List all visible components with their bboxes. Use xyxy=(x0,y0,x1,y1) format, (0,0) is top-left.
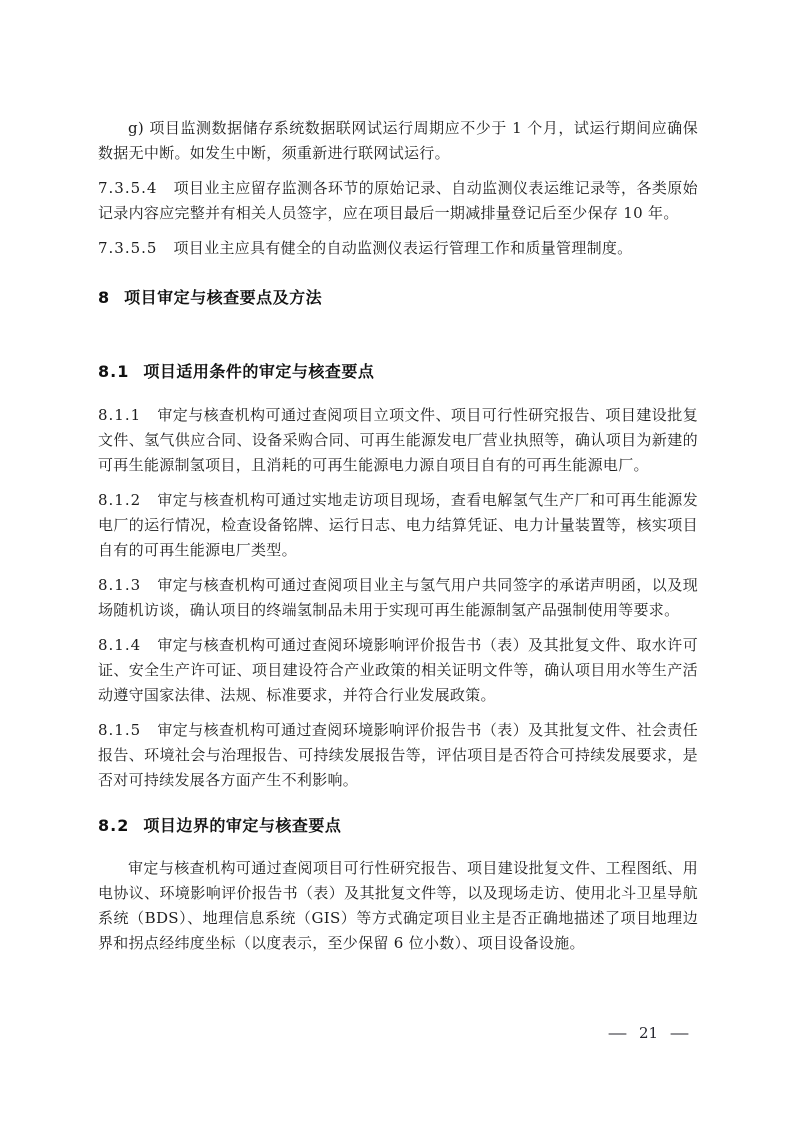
heading-number: 8.1 xyxy=(98,362,129,381)
document-page: g) 项目监测数据储存系统数据联网试运行周期应不少于 1 个月，试运行期间应确保… xyxy=(0,0,794,1123)
clause-number: 8.1.5 xyxy=(98,721,141,739)
section-heading-8-2: 8.2项目边界的审定与核查要点 xyxy=(98,815,698,837)
clause-8-1-2: 8.1.2审定与核查机构可通过实地走访项目现场，查看电解氢气生产厂和可再生能源发… xyxy=(98,488,698,563)
clause-8-1-3: 8.1.3审定与核查机构可通过查阅项目业主与氢气用户共同签字的承诺声明函，以及现… xyxy=(98,573,698,623)
chapter-heading-8: 8项目审定与核查要点及方法 xyxy=(98,287,698,309)
clause-number: 8.1.3 xyxy=(98,576,141,594)
clause-8-1-1: 8.1.1审定与核查机构可通过查阅项目立项文件、项目可行性研究报告、项目建设批复… xyxy=(98,403,698,478)
clause-number: 8.1.4 xyxy=(98,636,141,654)
heading-text: 项目适用条件的审定与核查要点 xyxy=(143,362,374,381)
clause-8-1-4: 8.1.4审定与核查机构可通过查阅环境影响评价报告书（表）及其批复文件、取水许可… xyxy=(98,633,698,708)
clause-text: 审定与核查机构可通过实地走访项目现场，查看电解氢气生产厂和可再生能源发电厂的运行… xyxy=(98,491,698,559)
clause-number: 8.1.1 xyxy=(98,406,141,424)
page-footer: — 21 — xyxy=(610,1022,687,1044)
section-heading-8-1: 8.1项目适用条件的审定与核查要点 xyxy=(98,361,698,383)
clause-text: 项目业主应留存监测各环节的原始记录、自动监测仪表运维记录等，各类原始记录内容应完… xyxy=(98,179,698,222)
page-number: 21 xyxy=(639,1022,658,1044)
clause-number: 7.3.5.4 xyxy=(98,179,157,197)
footer-dash-left: — xyxy=(608,1022,628,1044)
clause-number: 7.3.5.5 xyxy=(98,239,157,257)
clause-7-3-5-5: 7.3.5.5项目业主应具有健全的自动监测仪表运行管理工作和质量管理制度。 xyxy=(98,236,698,261)
clause-number: 8.1.2 xyxy=(98,491,141,509)
list-item-g: g) 项目监测数据储存系统数据联网试运行周期应不少于 1 个月，试运行期间应确保… xyxy=(98,116,698,166)
clause-text: 审定与核查机构可通过查阅环境影响评价报告书（表）及其批复文件、取水许可证、安全生… xyxy=(98,636,698,704)
heading-text: 项目边界的审定与核查要点 xyxy=(143,816,341,835)
paragraph-8-2-body: 审定与核查机构可通过查阅项目可行性研究报告、项目建设批复文件、工程图纸、用电协议… xyxy=(98,856,698,956)
clause-text: 项目业主应具有健全的自动监测仪表运行管理工作和质量管理制度。 xyxy=(173,239,632,257)
heading-number: 8.2 xyxy=(98,816,129,835)
clause-7-3-5-4: 7.3.5.4项目业主应留存监测各环节的原始记录、自动监测仪表运维记录等，各类原… xyxy=(98,176,698,226)
heading-text: 项目审定与核查要点及方法 xyxy=(124,288,322,307)
heading-number: 8 xyxy=(98,288,110,307)
clause-8-1-5: 8.1.5审定与核查机构可通过查阅环境影响评价报告书（表）及其批复文件、社会责任… xyxy=(98,718,698,793)
clause-text: 审定与核查机构可通过查阅项目立项文件、项目可行性研究报告、项目建设批复文件、氢气… xyxy=(98,406,698,474)
clause-text: 审定与核查机构可通过查阅环境影响评价报告书（表）及其批复文件、社会责任报告、环境… xyxy=(98,721,698,789)
clause-text: 审定与核查机构可通过查阅项目业主与氢气用户共同签字的承诺声明函，以及现场随机访谈… xyxy=(98,576,698,619)
page-content: g) 项目监测数据储存系统数据联网试运行周期应不少于 1 个月，试运行期间应确保… xyxy=(98,116,698,956)
footer-dash-right: — xyxy=(670,1022,690,1044)
